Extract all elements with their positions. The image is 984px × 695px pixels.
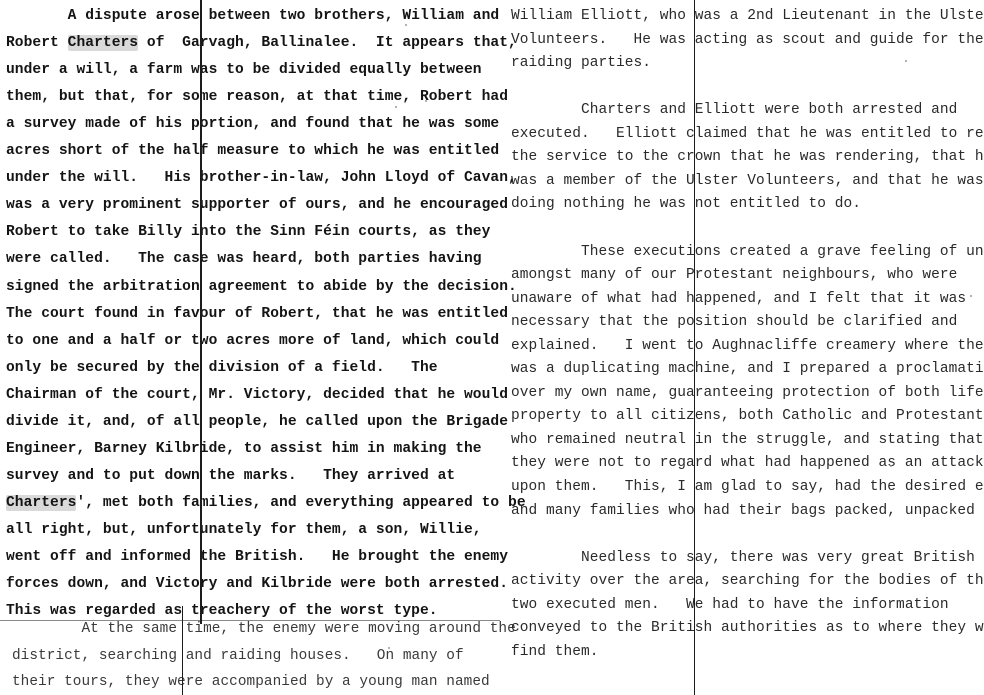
- right-fold-line: [694, 0, 695, 695]
- text-line: a survey made of his portion, and found …: [6, 115, 499, 133]
- text-line: activity over the area, searching for th…: [511, 572, 984, 590]
- text-line: This was regarded as treachery of the wo…: [6, 602, 438, 620]
- text-line: conveyed to the British authorities as t…: [511, 619, 984, 637]
- text-line: went off and informed the British. He br…: [6, 548, 508, 566]
- text-line: Charters', met both families, and everyt…: [6, 494, 526, 512]
- text-line: Needless to say, there was very great Br…: [511, 549, 975, 567]
- text-line: under the will. His brother-in-law, John…: [6, 169, 517, 187]
- scan-speck: [905, 60, 907, 62]
- scan-speck: [395, 106, 397, 108]
- text-line: to one and a half or two acres more of l…: [6, 332, 499, 350]
- scan-speck: [405, 24, 407, 26]
- text-line: only be secured by the division of a fie…: [6, 359, 438, 377]
- text-line: necessary that the position should be cl…: [511, 313, 957, 331]
- left-lower-fold-line: [182, 606, 183, 695]
- text-line: them, but that, for some reason, at that…: [6, 88, 508, 106]
- text-line: Robert to take Billy into the Sinn Féin …: [6, 223, 490, 241]
- text-line: find them.: [511, 643, 599, 661]
- text-line: At the same time, the enemy were moving …: [12, 620, 516, 638]
- scan-speck: [890, 465, 892, 467]
- text-line: and many families who had their bags pac…: [511, 502, 984, 520]
- text-line: unaware of what had happened, and I felt…: [511, 290, 966, 308]
- scan-speck: [388, 647, 390, 649]
- text-line: two executed men. We had to have the inf…: [511, 596, 949, 614]
- scanned-document-page: A dispute arose between two brothers, Wi…: [0, 0, 984, 695]
- text-line: was a member of the Ulster Volunteers, a…: [511, 172, 984, 190]
- text-line: raiding parties.: [511, 54, 651, 72]
- text-line: doing nothing he was not entitled to do.: [511, 195, 861, 213]
- text-line: Robert Charters of Garvagh, Ballinalee. …: [6, 34, 517, 52]
- text-line: district, searching and raiding houses. …: [12, 647, 464, 665]
- text-line: A dispute arose between two brothers, Wi…: [6, 7, 499, 25]
- scan-speck: [935, 110, 937, 112]
- text-line: survey and to put down the marks. They a…: [6, 467, 455, 485]
- text-line: were called. The case was heard, both pa…: [6, 250, 482, 268]
- text-line: Volunteers. He was acting as scout and g…: [511, 31, 984, 49]
- text-line: Chairman of the court, Mr. Victory, deci…: [6, 386, 508, 404]
- text-line: over my own name, guaranteeing protectio…: [511, 384, 984, 402]
- text-line: all right, but, unfortunately for them, …: [6, 521, 482, 539]
- text-line: divide it, and, of all people, he called…: [6, 413, 508, 431]
- left-fold-line: [200, 0, 202, 624]
- text-line: executed. Elliott claimed that he was en…: [511, 125, 984, 143]
- text-line: the service to the crown that he was ren…: [511, 148, 984, 166]
- text-line: These executions created a grave feeling…: [511, 243, 984, 261]
- text-line: was a very prominent supporter of ours, …: [6, 196, 508, 214]
- text-line: Engineer, Barney Kilbride, to assist him…: [6, 440, 482, 458]
- text-line: forces down, and Victory and Kilbride we…: [6, 575, 508, 593]
- text-line: was a duplicating machine, and I prepare…: [511, 360, 984, 378]
- text-line: William Elliott, who was a 2nd Lieutenan…: [511, 7, 984, 25]
- scan-speck: [425, 100, 427, 102]
- text-line: The court found in favour of Robert, tha…: [6, 305, 508, 323]
- scan-speck: [160, 625, 162, 627]
- text-line: acres short of the half measure to which…: [6, 142, 499, 160]
- highlighted-word: Charters: [6, 495, 76, 511]
- text-line: explained. I went to Aughnacliffe creame…: [511, 337, 984, 355]
- text-line: upon them. This, I am glad to say, had t…: [511, 478, 984, 496]
- text-line: their tours, they were accompanied by a …: [12, 673, 490, 691]
- text-line: who remained neutral in the struggle, an…: [511, 431, 984, 449]
- text-line: property to all citizens, both Catholic …: [511, 407, 984, 425]
- text-line: amongst many of our Protestant neighbour…: [511, 266, 957, 284]
- highlighted-word: Charters: [68, 35, 138, 51]
- text-line: under a will, a farm was to be divided e…: [6, 61, 482, 79]
- scan-speck: [970, 295, 972, 297]
- text-line: Charters and Elliott were both arrested …: [511, 101, 957, 119]
- text-line: signed the arbitration agreement to abid…: [6, 278, 517, 296]
- text-line: they were not to regard what had happene…: [511, 454, 984, 472]
